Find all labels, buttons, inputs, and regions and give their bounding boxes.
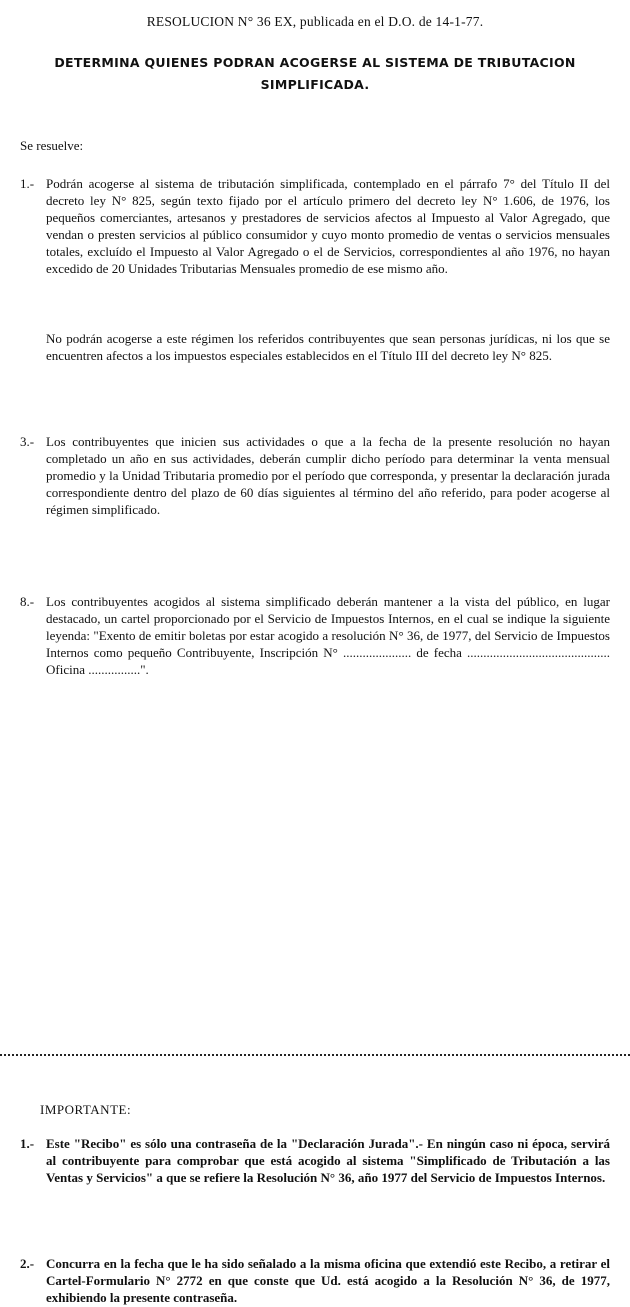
resuelve-label: Se resuelve: (20, 138, 83, 154)
article-text: Podrán acogerse al sistema de tributació… (46, 175, 610, 277)
article-text: Los contribuyentes acogidos al sistema s… (46, 593, 610, 678)
cut-line-divider (0, 1054, 630, 1058)
item-text: Este "Recibo" es sólo una contraseña de … (46, 1135, 610, 1186)
item-number: 1.- (20, 1135, 34, 1152)
importante-item-2: 2.- Concurra en la fecha que le ha sido … (20, 1255, 610, 1306)
resolution-header: RESOLUCION N° 36 EX, publicada en el D.O… (0, 14, 630, 30)
title-line-1: DETERMINA QUIENES PODRAN ACOGERSE AL SIS… (0, 52, 630, 74)
article-text: Los contribuyentes que inicien sus activ… (46, 433, 610, 518)
article-3: 3.- Los contribuyentes que inicien sus a… (20, 433, 610, 518)
item-number: 2.- (20, 1255, 34, 1272)
article-8: 8.- Los contribuyentes acogidos al siste… (20, 593, 610, 678)
article-number: 3.- (20, 433, 34, 450)
title-line-2: SIMPLIFICADA. (0, 74, 630, 96)
article-number: 1.- (20, 175, 34, 192)
importante-item-1: 1.- Este "Recibo" es sólo una contraseña… (20, 1135, 610, 1186)
article-1-paragraph-2: No podrán acogerse a este régimen los re… (46, 330, 610, 364)
importante-label: IMPORTANTE: (40, 1102, 131, 1118)
document-title: DETERMINA QUIENES PODRAN ACOGERSE AL SIS… (0, 52, 630, 96)
article-1: 1.- Podrán acogerse al sistema de tribut… (20, 175, 610, 277)
item-text: Concurra en la fecha que le ha sido seña… (46, 1255, 610, 1306)
article-number: 8.- (20, 593, 34, 610)
